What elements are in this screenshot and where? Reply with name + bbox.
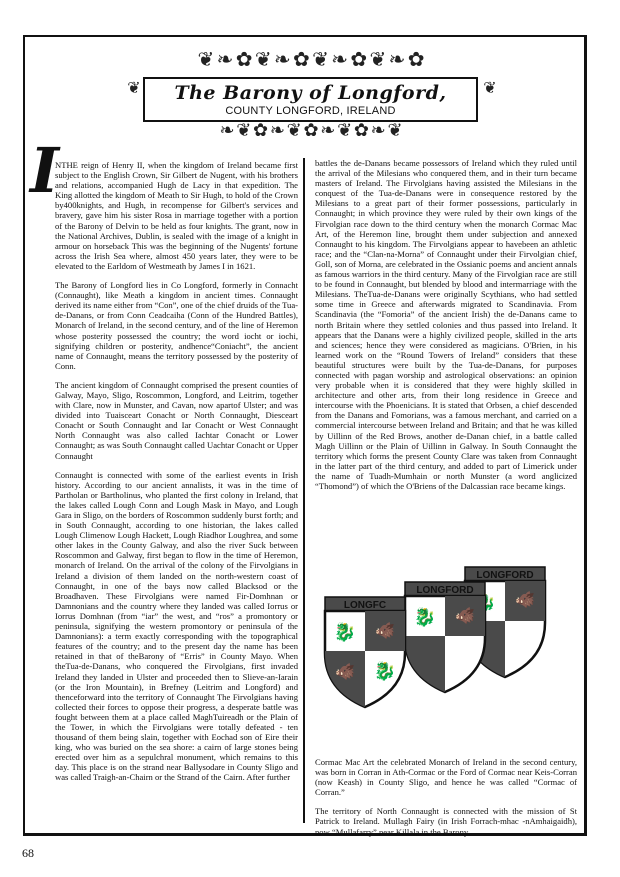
left-column: NTHE reign of Henry II, when the kingdom… bbox=[55, 160, 298, 792]
column-divider bbox=[303, 158, 305, 823]
title-ornament-left: ❦ bbox=[122, 80, 144, 130]
paragraph: The territory of North Connaught is conn… bbox=[315, 806, 577, 836]
svg-text:LONGFORD: LONGFORD bbox=[476, 570, 533, 581]
svg-text:🐉: 🐉 bbox=[414, 606, 436, 627]
paragraph: The ancient kingdom of Connaught compris… bbox=[55, 380, 298, 461]
shield-icon: LONGFC 🐉 🐗 🐗 🐉 bbox=[325, 597, 405, 707]
right-column: battles the de-Danans became possessors … bbox=[315, 158, 577, 500]
svg-text:LONGFC: LONGFC bbox=[344, 600, 386, 611]
svg-text:🐗: 🐗 bbox=[375, 621, 395, 640]
shield-icon: LONGFORD 🐉 🐗 bbox=[405, 582, 485, 692]
paragraph: Connaught is connected with some of the … bbox=[55, 470, 298, 783]
title-ornament-top: ❦ ❧ ✿ ❦ ❧ ✿ ❦ ❧ ✿ ❦ ❧ ✿ bbox=[150, 46, 470, 72]
paragraph: NTHE reign of Henry II, when the kingdom… bbox=[55, 160, 298, 271]
paragraph: Cormac Mac Art the celebrated Monarch of… bbox=[315, 757, 577, 797]
title-box: The Barony of Longford, COUNTY LONGFORD,… bbox=[143, 77, 478, 122]
page-number: 68 bbox=[22, 846, 34, 861]
paragraph: The Barony of Longford lies in Co Longfo… bbox=[55, 280, 298, 371]
svg-text:🐉: 🐉 bbox=[334, 621, 356, 642]
longford-coat-of-arms-image: LONGFORD 🐉 🐗 LONGFORD 🐉 🐗 LONGFC 🐉 🐗 🐗 🐉 bbox=[322, 565, 562, 715]
page-title: The Barony of Longford, bbox=[145, 82, 476, 104]
paragraph: battles the de-Danans became possessors … bbox=[315, 158, 577, 491]
right-column-lower: Cormac Mac Art the celebrated Monarch of… bbox=[315, 757, 577, 846]
svg-text:🐗: 🐗 bbox=[335, 662, 355, 681]
title-ornament-right: ❦ bbox=[478, 80, 500, 130]
svg-text:🐉: 🐉 bbox=[374, 660, 396, 681]
svg-text:LONGFORD: LONGFORD bbox=[416, 585, 473, 596]
title-ornament-bottom: ❧ ❦ ✿ ❧ ❦ ✿ ❧ ❦ ✿ ❧ ❦ bbox=[170, 120, 450, 142]
svg-text:🐗: 🐗 bbox=[455, 606, 475, 625]
page-subtitle: COUNTY LONGFORD, IRELAND bbox=[145, 104, 476, 118]
svg-text:🐗: 🐗 bbox=[515, 590, 535, 609]
